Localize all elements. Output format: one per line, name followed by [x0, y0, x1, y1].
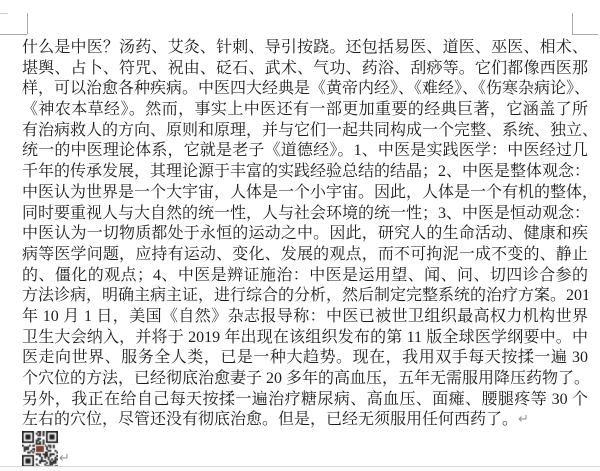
text-line[interactable]: 中医认为一切物质都处于永恒的运动之中。因此，研究人的生命活动、健康和疾 [22, 224, 588, 245]
text-line[interactable]: 方法诊病，明确主病主证，进行综合的分析，然后制定完整系统的治疗方案。2018 [22, 286, 588, 307]
text-line[interactable]: 千年的传承发展，其理论源于丰富的实践经验总结的结晶；2、中医是整体观念： [22, 162, 588, 183]
text-boundary-mark-topleft-horizontal [0, 34, 27, 35]
text-boundary-mark-topright-horizontal [572, 34, 598, 35]
text-line[interactable]: 《神农本草经》。然而，事实上中医还有一部更加重要的经典巨著，它涵盖了所 [22, 100, 588, 121]
document-page[interactable]: 什么是中医？汤药、艾灸、针刺、导引按跷。还包括易医、道医、巫医、相术、堪舆、占卜… [0, 0, 600, 471]
text-line[interactable]: 堪舆、占卜、符咒、祝由、砭石、武术、气功、药浴、刮痧等。它们都像西医那 [22, 59, 588, 80]
text-line[interactable]: 有治病救人的方向、原则和原理，并与它们一起共同构成一个完整、系统、独立、 [22, 121, 588, 142]
text-line[interactable]: 个穴位的方法，已经彻底治愈妻子 20 多年的高血压，五年无需服用降压药物了。 [22, 369, 588, 390]
text-line[interactable]: 统一的中医理论体系，它就是老子《道德经》。1、中医是实践医学：中医经过几 [22, 141, 588, 162]
text-boundary-mark-topleft-vertical [27, 13, 28, 34]
text-line[interactable]: 左右的穴位，尽管还没有彻底治愈。但是，已经无须服用任何西药了。 [22, 410, 588, 431]
text-line[interactable]: 什么是中医？汤药、艾灸、针刺、导引按跷。还包括易医、道医、巫医、相术、 [22, 38, 588, 59]
pilcrow-return-icon: ↵ [518, 413, 529, 426]
text-line[interactable]: 年 10 月 1 日，美国《自然》杂志报导称：中医已被世卫组织最高权力机构世界 [22, 307, 588, 328]
text-line[interactable]: 中医认为世界是一个大宇宙，人体是一个小宇宙。因此，人体是一个有机的整体， [22, 183, 588, 204]
qr-code-image[interactable] [22, 431, 58, 467]
text-line[interactable]: 医走向世界、服务全人类，已是一种大趋势。现在，我用双手每天按揉一遍 30 [22, 348, 588, 369]
text-line[interactable]: 卫生大会纳入，并将于 2019 年出现在该组织发布的第 11 版全球医学纲要中。… [22, 328, 588, 349]
paragraph-text[interactable]: 什么是中医？汤药、艾灸、针刺、导引按跷。还包括易医、道医、巫医、相术、堪舆、占卜… [22, 38, 588, 431]
text-line[interactable]: 另外，我正在给自己每天按揉一遍治疗糖尿病、高血压、面瘫、腰腿疼等 30 个 [22, 390, 588, 411]
text-boundary-mark-topright-vertical [572, 13, 573, 34]
text-line[interactable]: 病等医学问题，应持有运动、变化、发展的观点，而不可拘泥一成不变的、静止 [22, 245, 588, 266]
text-line[interactable]: 的、僵化的观点；4、中医是辨证施治：中医是运用望、闻、问、切四诊合参的 [22, 266, 588, 287]
bottom-strip [0, 467, 600, 471]
page-edge-mark [0, 13, 8, 14]
pilcrow-return-icon: ↵ [59, 452, 70, 465]
text-line[interactable]: 样，可以治愈各种疾病。中医四大经典是《黄帝内经》、《难经》、《伤寒杂病论》、 [22, 79, 588, 100]
text-line[interactable]: 同时要重视人与大自然的统一性，人与社会环境的统一性；3、中医是恒动观念： [22, 204, 588, 225]
